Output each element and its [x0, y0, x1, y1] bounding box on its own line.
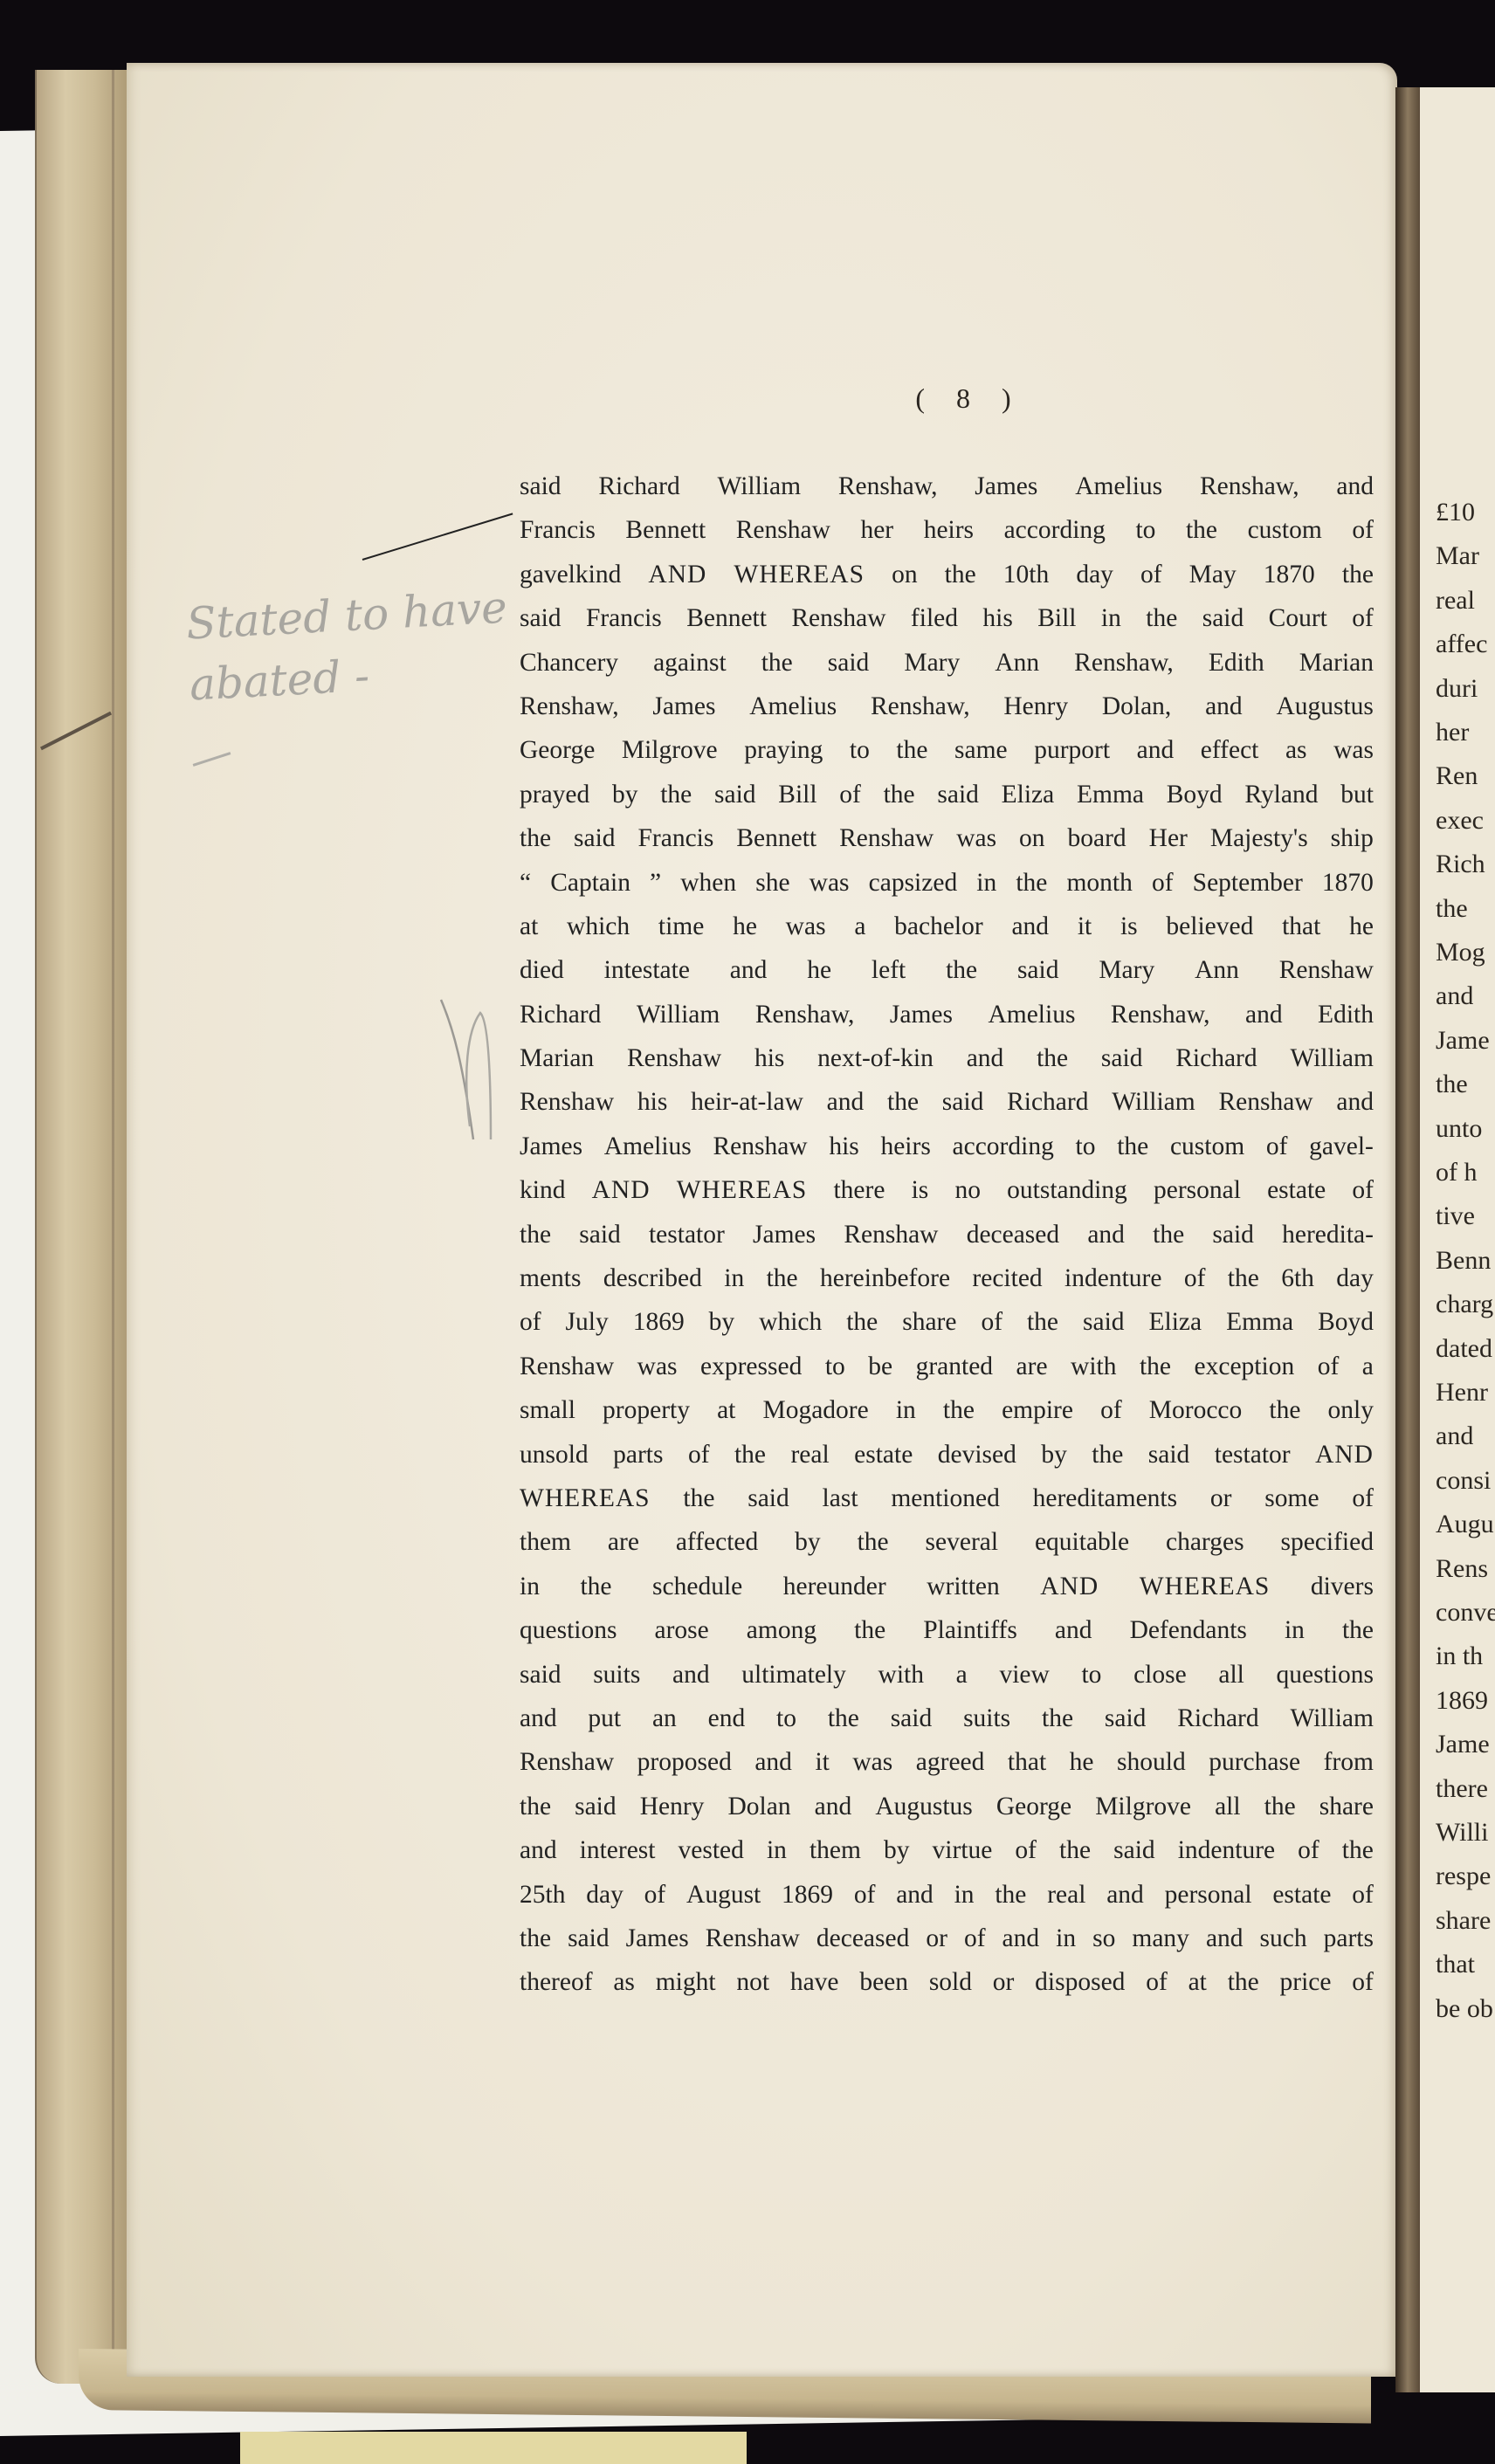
word: day: [586, 1873, 623, 1917]
word: and: [1011, 905, 1049, 948]
word: the: [660, 773, 692, 816]
word: Edith: [1209, 641, 1264, 685]
margin-annotation: Stated to have abated -: [185, 576, 513, 715]
word: Richard: [1175, 1036, 1257, 1080]
word: close: [1133, 1653, 1187, 1697]
word: be: [868, 1345, 892, 1388]
text-line: thesaidJamesRenshawdeceasedorofandinsoma…: [520, 1917, 1374, 1960]
word: Renshaw: [520, 1740, 614, 1784]
word: and: [754, 1740, 792, 1784]
word: and: [967, 1036, 1004, 1080]
word: July: [566, 1300, 609, 1344]
text-line: diedintestateandheleftthesaidMaryAnnRens…: [520, 948, 1374, 992]
word: the: [1092, 1433, 1123, 1476]
word: the: [520, 816, 551, 860]
facing-page-line: real: [1436, 586, 1475, 616]
word: next-of-kin: [817, 1036, 934, 1080]
word: Ann: [1195, 948, 1239, 992]
text-line: prayedbythesaidBillofthesaidElizaEmmaBoy…: [520, 773, 1374, 816]
word: real: [790, 1433, 829, 1476]
word: August: [686, 1873, 761, 1917]
word: the: [1140, 1345, 1171, 1388]
word: of: [1146, 1960, 1168, 2004]
word: Bennett: [736, 816, 816, 860]
word: a: [1362, 1345, 1374, 1388]
word: the: [943, 1388, 975, 1432]
word: the: [945, 553, 976, 596]
word: according: [953, 1125, 1054, 1168]
word: James: [890, 993, 953, 1036]
text-line: FrancisBennettRenshawherheirsaccordingto…: [520, 508, 1374, 552]
word: on: [892, 553, 918, 596]
facing-page-line: unto: [1436, 1114, 1482, 1144]
word: William: [1290, 1697, 1374, 1740]
word: William: [637, 993, 720, 1036]
word: the: [1037, 1036, 1068, 1080]
facing-page-line: the: [1436, 1070, 1468, 1099]
word: in: [1285, 1608, 1305, 1652]
word: Captain: [550, 861, 630, 905]
word: divers: [1311, 1565, 1374, 1608]
word: Renshaw: [520, 1080, 614, 1124]
word: indenture: [1178, 1828, 1275, 1872]
word: said: [937, 773, 979, 816]
facing-page-line: Rich: [1436, 850, 1485, 879]
word: proposed: [637, 1740, 732, 1784]
word: charges: [1166, 1520, 1244, 1564]
word: but: [1340, 773, 1374, 816]
word: Dolan: [728, 1785, 791, 1828]
word: and: [1106, 1873, 1144, 1917]
word: of: [1266, 1125, 1288, 1168]
facing-page-line: Ren: [1436, 761, 1478, 791]
word: written: [927, 1565, 1000, 1608]
word: and: [1336, 465, 1374, 508]
word: to: [1081, 1653, 1101, 1697]
word: his: [982, 596, 1012, 640]
word: was: [956, 816, 996, 860]
text-line: thesaidHenryDolanandAugustusGeorgeMilgro…: [520, 1785, 1374, 1828]
text-line: atwhichtimehewasabacheloranditisbelieved…: [520, 905, 1374, 948]
word: property: [603, 1388, 690, 1432]
word: Renshaw,: [871, 685, 970, 728]
word: said: [1113, 1828, 1155, 1872]
word: in: [896, 1388, 916, 1432]
word: it: [815, 1740, 829, 1784]
word: Bennett: [625, 508, 706, 552]
word: disposed: [1035, 1960, 1125, 2004]
word: purport: [1034, 728, 1110, 772]
facing-page-line: charg: [1436, 1290, 1493, 1319]
word: bachelor: [894, 905, 983, 948]
word: and: [1087, 1213, 1125, 1256]
word: said: [747, 1476, 789, 1520]
word: to: [850, 728, 870, 772]
word: personal: [1165, 1873, 1252, 1917]
word: an: [652, 1697, 677, 1740]
word: Eliza: [1002, 773, 1055, 816]
word: estate: [1272, 1873, 1331, 1917]
word: the: [1117, 1125, 1148, 1168]
word: Defendants: [1130, 1608, 1247, 1652]
word: and: [1205, 685, 1243, 728]
word: of: [1352, 596, 1374, 640]
word: questions: [1277, 1653, 1374, 1697]
text-line: ofJuly1869bywhichtheshareofthesaidElizaE…: [520, 1300, 1374, 1344]
word: his: [829, 1125, 858, 1168]
word: was: [852, 1740, 892, 1784]
word: mentioned: [891, 1476, 1000, 1520]
word: virtue: [933, 1828, 993, 1872]
word: same: [954, 728, 1008, 772]
word: many: [1132, 1917, 1189, 1960]
word: on: [1019, 816, 1045, 860]
word: such: [1260, 1917, 1307, 1960]
word: AND: [648, 553, 706, 596]
word: Richard: [1177, 1697, 1258, 1740]
word: Renshaw: [839, 816, 934, 860]
word: the: [946, 948, 977, 992]
word: testator: [649, 1213, 725, 1256]
word: said: [828, 641, 870, 685]
word: the: [884, 773, 915, 816]
facing-page-line: Benn: [1436, 1246, 1491, 1276]
pencil-check-mark: [437, 995, 498, 1144]
word: is: [912, 1168, 929, 1212]
word: Amelius: [988, 993, 1075, 1036]
word: the: [761, 641, 793, 685]
word: William: [1290, 1036, 1374, 1080]
word: believed: [1166, 905, 1253, 948]
facing-page-line: Jame: [1436, 1730, 1490, 1759]
text-line: andputanendtothesaidsuitsthesaidRichardW…: [520, 1697, 1374, 1740]
word: equitable: [1035, 1520, 1129, 1564]
word: vested: [679, 1828, 744, 1872]
word: Mogadore: [762, 1388, 868, 1432]
word: month: [1066, 861, 1132, 905]
word: put: [588, 1697, 621, 1740]
word: estate: [1267, 1168, 1326, 1212]
word: several: [926, 1520, 999, 1564]
facing-page-line: of h: [1436, 1158, 1478, 1187]
word: suits: [593, 1653, 640, 1697]
word: Morocco: [1149, 1388, 1243, 1432]
word: or: [993, 1960, 1015, 2004]
word: the: [1342, 1828, 1374, 1872]
word: Renshaw,: [1200, 465, 1299, 508]
facing-page-line: that: [1436, 1950, 1475, 1979]
word: Milgrove: [1095, 1785, 1191, 1828]
facing-page-line: Mog: [1436, 938, 1485, 967]
word: said: [520, 465, 561, 508]
word: said: [575, 1785, 617, 1828]
facing-page-line: conve: [1436, 1598, 1495, 1628]
word: parts: [1324, 1917, 1374, 1960]
word: custom: [1170, 1125, 1244, 1168]
word: ments: [520, 1256, 581, 1300]
word: said: [1083, 1300, 1125, 1344]
word: ”: [650, 861, 661, 905]
word: a: [956, 1653, 968, 1697]
word: suits: [963, 1697, 1010, 1740]
word: heirs: [924, 508, 974, 552]
word: Renshaw,: [838, 465, 938, 508]
word: schedule: [652, 1565, 742, 1608]
facing-page-line: exec: [1436, 806, 1484, 836]
facing-page-line: Augu: [1436, 1510, 1494, 1539]
word: and: [520, 1828, 557, 1872]
text-line: intheschedulehereunderwrittenANDWHEREASd…: [520, 1565, 1374, 1608]
text-line: kindANDWHEREASthereisnooutstandingperson…: [520, 1168, 1374, 1212]
word: of: [1352, 1873, 1374, 1917]
word: it: [1078, 905, 1092, 948]
word: 25th: [520, 1873, 565, 1917]
word: Renshaw: [791, 596, 885, 640]
word: to: [1076, 1125, 1096, 1168]
word: thereof: [520, 1960, 593, 2004]
word: them: [520, 1520, 571, 1564]
word: Renshaw: [844, 1213, 938, 1256]
text-line: RichardWilliamRenshaw,JamesAmeliusRensha…: [520, 993, 1374, 1036]
word: when: [680, 861, 736, 905]
word: 1869: [782, 1873, 833, 1917]
word: “: [520, 861, 531, 905]
word: might: [656, 1960, 716, 2004]
word: against: [653, 641, 727, 685]
word: of: [1100, 1388, 1122, 1432]
word: the: [1269, 1388, 1300, 1432]
word: George: [996, 1785, 1071, 1828]
word: board: [1068, 816, 1126, 860]
word: Eliza: [1149, 1300, 1202, 1344]
word: share: [902, 1300, 956, 1344]
word: Emma: [1077, 773, 1144, 816]
facing-page-line: there: [1436, 1774, 1488, 1804]
word: of: [964, 1917, 986, 1960]
word: in: [1101, 596, 1121, 640]
word: with: [878, 1653, 924, 1697]
word: WHEREAS: [520, 1476, 651, 1520]
word: Amelius: [749, 685, 837, 728]
stacked-page-edges: [35, 70, 133, 2384]
word: and: [1336, 1080, 1374, 1124]
text-line: Renshaw,JamesAmeliusRenshaw,HenryDolan,a…: [520, 685, 1374, 728]
word: the: [1016, 861, 1047, 905]
word: and: [1055, 1608, 1092, 1652]
facing-page-line: Henr: [1436, 1378, 1488, 1408]
facing-page-line: 1869: [1436, 1686, 1488, 1716]
word: in: [1056, 1917, 1076, 1960]
text-line: saidFrancisBennettRenshawfiledhisBillint…: [520, 596, 1374, 640]
word: of: [981, 1300, 1002, 1344]
word: by: [612, 773, 638, 816]
word: Renshaw: [713, 1125, 807, 1168]
text-line: questionsaroseamongthePlaintiffsandDefen…: [520, 1608, 1374, 1652]
text-line: GeorgeMilgroveprayingtothesamepurportand…: [520, 728, 1374, 772]
word: of: [1152, 861, 1174, 905]
word: was: [1333, 728, 1374, 772]
word: AND: [1040, 1565, 1099, 1608]
word: Chancery: [520, 641, 618, 685]
word: was: [637, 1345, 678, 1388]
word: kind: [520, 1168, 565, 1212]
word: of: [644, 1873, 666, 1917]
word: WHEREAS: [677, 1168, 808, 1212]
word: the: [995, 1873, 1026, 1917]
word: have: [790, 1960, 839, 2004]
word: of: [1140, 553, 1162, 596]
word: in: [724, 1256, 744, 1300]
text-line: ChanceryagainstthesaidMaryAnnRenshaw,Edi…: [520, 641, 1374, 685]
word: recited: [972, 1256, 1042, 1300]
word: there: [833, 1168, 885, 1212]
word: are: [1016, 1345, 1048, 1388]
word: custom: [1248, 508, 1322, 552]
word: Renshaw,: [1074, 641, 1174, 685]
word: gavel-: [1309, 1125, 1374, 1168]
word: of: [1352, 1960, 1374, 2004]
word: intestate: [604, 948, 690, 992]
word: Richard: [598, 465, 679, 508]
word: was: [810, 861, 850, 905]
word: among: [747, 1608, 816, 1652]
word: them: [810, 1828, 861, 1872]
word: Milgrove: [622, 728, 718, 772]
text-line: saidsuitsandultimatelywithaviewtocloseal…: [520, 1653, 1374, 1697]
word: Renshaw,: [755, 993, 855, 1036]
word: arose: [655, 1608, 709, 1652]
facing-page-line: respe: [1436, 1862, 1491, 1891]
word: Plaintiffs: [923, 1608, 1017, 1652]
text-line: saidRichardWilliamRenshaw,JamesAmeliusRe…: [520, 465, 1374, 508]
word: and: [730, 948, 768, 992]
word: exception: [1195, 1345, 1295, 1388]
word: prayed: [520, 773, 589, 816]
word: only: [1328, 1388, 1374, 1432]
facing-page-line: affec: [1436, 630, 1487, 659]
facing-page-line: Mar: [1436, 541, 1479, 571]
facing-page-line: duri: [1436, 674, 1478, 704]
word: with: [1071, 1345, 1116, 1388]
word: of: [1015, 1828, 1037, 1872]
word: Augustus: [1276, 685, 1373, 728]
word: a: [854, 905, 865, 948]
word: the: [734, 1433, 766, 1476]
page-edge-line: [112, 70, 114, 2357]
text-line: andinterestvestedinthembyvirtueofthesaid…: [520, 1828, 1374, 1872]
word: his: [754, 1036, 784, 1080]
word: according: [1004, 508, 1106, 552]
facing-page-line: the: [1436, 894, 1468, 924]
facing-page-line: in th: [1436, 1642, 1483, 1671]
word: he: [807, 948, 831, 992]
word: capsized: [869, 861, 958, 905]
text-line: smallpropertyatMogadoreintheempireofMoro…: [520, 1388, 1374, 1432]
word: the: [1342, 553, 1374, 596]
word: said: [1212, 1213, 1254, 1256]
word: is: [1120, 905, 1138, 948]
word: of: [688, 1433, 710, 1476]
word: share: [1319, 1785, 1374, 1828]
word: and: [896, 1873, 934, 1917]
word: small: [520, 1388, 575, 1432]
word: Francis: [520, 508, 596, 552]
word: devised: [938, 1433, 1016, 1476]
word: the: [1042, 1697, 1073, 1740]
word: AND: [592, 1168, 651, 1212]
word: at: [717, 1388, 735, 1432]
word: as: [613, 1960, 635, 2004]
word: and: [1245, 993, 1283, 1036]
word: left: [872, 948, 906, 992]
word: all: [1218, 1653, 1244, 1697]
word: hereunder: [783, 1565, 886, 1608]
word: of: [839, 773, 861, 816]
facing-page-line: consi: [1436, 1466, 1491, 1496]
word: Ryland: [1244, 773, 1318, 816]
word: WHEREAS: [734, 553, 865, 596]
word: William: [1112, 1080, 1195, 1124]
word: Renshaw: [736, 508, 830, 552]
word: the: [858, 1520, 889, 1564]
word: not: [736, 1960, 769, 2004]
word: Boyd: [1318, 1300, 1374, 1344]
word: of: [1298, 1828, 1319, 1872]
word: questions: [520, 1608, 617, 1652]
word: of: [1318, 1345, 1340, 1388]
word: and: [520, 1697, 557, 1740]
word: said: [942, 1080, 984, 1124]
word: and: [672, 1653, 710, 1697]
word: the: [854, 1608, 885, 1652]
word: and: [1137, 728, 1175, 772]
word: or: [1210, 1476, 1232, 1520]
word: WHEREAS: [1140, 1565, 1271, 1608]
word: time: [658, 905, 704, 948]
word: 1869: [633, 1300, 685, 1344]
word: James: [652, 685, 715, 728]
word: by: [795, 1520, 821, 1564]
word: was: [786, 905, 826, 948]
word: Mary: [1099, 948, 1154, 992]
word: and: [815, 1785, 852, 1828]
word: the: [828, 1697, 859, 1740]
word: the: [1228, 1960, 1259, 2004]
word: view: [999, 1653, 1049, 1697]
word: at: [520, 905, 538, 948]
word: he: [1349, 905, 1374, 948]
text-line: “Captain”whenshewascapsizedinthemonthofS…: [520, 861, 1374, 905]
word: said: [574, 816, 616, 860]
word: said: [1202, 596, 1244, 640]
word: James: [626, 1917, 689, 1960]
word: testator: [1215, 1433, 1291, 1476]
word: Majesty's: [1210, 816, 1308, 860]
word: Her: [1149, 816, 1188, 860]
word: James: [753, 1213, 816, 1256]
word: and: [827, 1080, 865, 1124]
word: Augustus: [875, 1785, 972, 1828]
word: heirs: [880, 1125, 930, 1168]
word: in: [954, 1873, 975, 1917]
word: AND: [1315, 1433, 1374, 1476]
word: Bennett: [686, 596, 767, 640]
word: said: [1148, 1433, 1190, 1476]
word: Francis: [638, 816, 714, 860]
word: he: [1070, 1740, 1094, 1784]
facing-page-line: tive: [1436, 1201, 1475, 1231]
yellow-slip: [240, 2432, 747, 2464]
